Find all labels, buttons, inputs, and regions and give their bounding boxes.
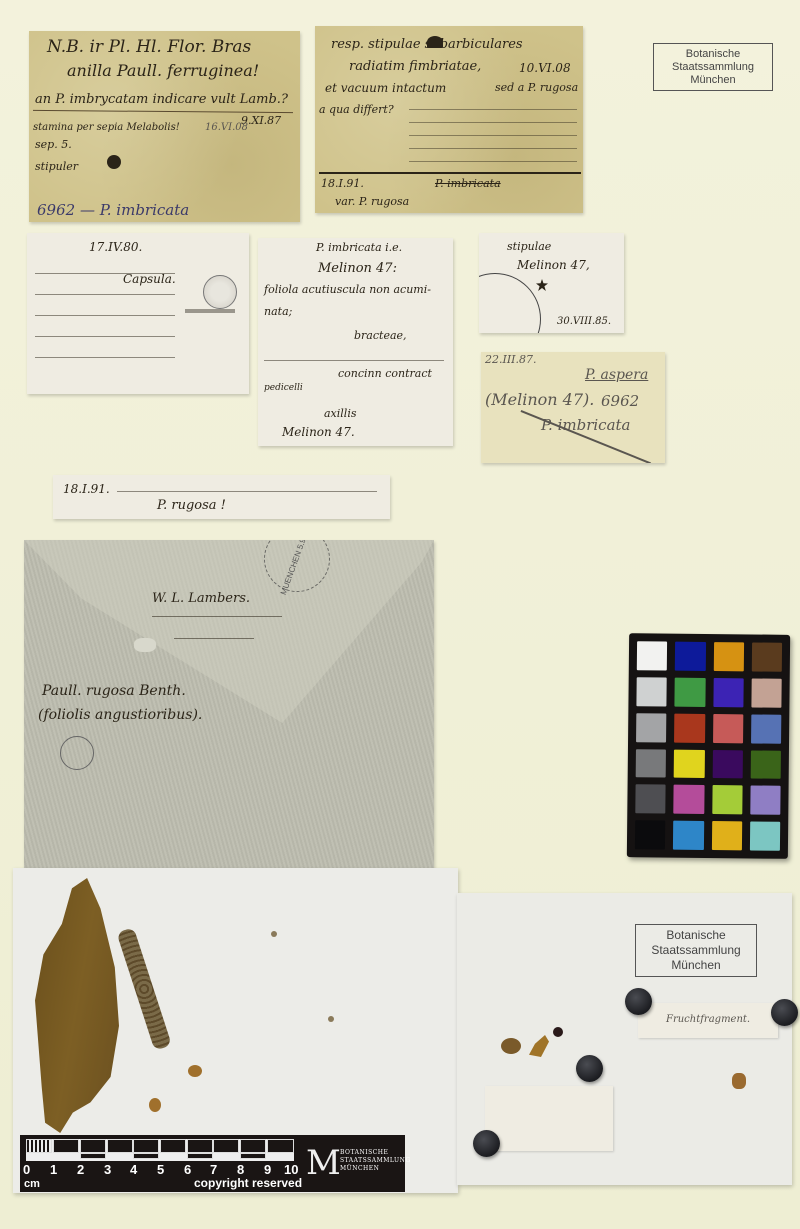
handwriting-line: P. imbricata <box>541 418 631 433</box>
color-swatch <box>637 641 668 670</box>
handwriting-line: stipulae <box>507 241 551 252</box>
envelope-annotation: Paull. rugosa Benth. <box>42 684 186 698</box>
slip-text: Fruchtfragment. <box>666 1015 750 1025</box>
color-swatch <box>751 678 782 707</box>
scale-bar: 0 1 2 3 4 5 6 7 8 9 10 cm copyright rese… <box>20 1135 405 1192</box>
scale-number: 9 <box>264 1162 271 1177</box>
handwriting-line: concinn contract <box>338 368 432 379</box>
scale-cell <box>213 1139 239 1153</box>
color-swatch <box>636 713 667 742</box>
color-swatch <box>675 642 706 671</box>
seed-fragment <box>732 1073 746 1089</box>
handwriting-block <box>152 616 282 617</box>
color-swatch <box>751 714 782 743</box>
envelope-address: W. L. Lambers. <box>152 592 250 605</box>
handwriting-line: P. imbricata i.e. <box>316 242 402 253</box>
fruit-fragment <box>188 1065 202 1077</box>
logo-text: BOTANISCHE <box>340 1149 388 1156</box>
handwriting-block <box>264 346 444 361</box>
scale-number: 5 <box>157 1162 164 1177</box>
stipule-sketch-icon <box>536 279 548 291</box>
label-kraft-1: N.B. ir Pl. Hl. Flor. Bras anilla Paull.… <box>29 31 300 222</box>
handwriting-line: Melinon 47, <box>517 259 590 271</box>
color-swatch <box>752 642 783 671</box>
color-swatch <box>713 642 744 671</box>
date-note: 30.VIII.85. <box>557 317 611 327</box>
color-swatch <box>750 786 781 815</box>
stipule-sketch-icon <box>107 155 121 169</box>
handwriting-line: anilla Paull. ferruginea! <box>67 63 259 79</box>
magnet <box>625 988 652 1015</box>
scale-cell <box>240 1139 266 1153</box>
envelope: W. L. Lambers. MUENCHEN 5.96 Paull. rugo… <box>24 540 434 870</box>
specimen-card-right: Botanische Staatssammlung München Frucht… <box>457 893 792 1185</box>
wax-seal-remnant <box>134 638 156 652</box>
color-swatch <box>635 785 666 814</box>
divider-stroke <box>319 172 581 174</box>
scale-cell <box>267 1139 294 1153</box>
label-aspera: 22.III.87. P. aspera (Melinon 47). 6962 … <box>481 352 665 463</box>
stamp-line: München <box>640 958 752 973</box>
handwriting-line: nata; <box>264 306 292 317</box>
scale-cell <box>133 1153 159 1159</box>
scale-cell <box>53 1139 79 1153</box>
scale-number: 6 <box>184 1162 191 1177</box>
date-note: 16.VI.08 <box>205 123 248 133</box>
logo-text: STAATSSAMMLUNG <box>340 1157 411 1164</box>
handwriting-line: sed a P. rugosa <box>495 82 578 93</box>
envelope-annotation: (foliolis angustioribus). <box>38 708 202 722</box>
handwriting-line: an P. imbrycatam indicare vult Lamb.? <box>35 93 288 106</box>
label-strip: 18.I.91. P. rugosa ! <box>53 475 390 519</box>
scale-cell <box>80 1139 106 1153</box>
handwriting-line: radiatim fimbriatae, <box>349 60 481 73</box>
sketch-shadow <box>185 309 235 313</box>
stamp-line: München <box>658 74 768 87</box>
magnet <box>473 1130 500 1157</box>
stamp-line: Staatssammlung <box>640 943 752 958</box>
handwriting-line: N.B. ir Pl. Hl. Flor. Bras <box>47 39 251 56</box>
handwriting-block <box>409 100 577 162</box>
handwriting-line: Capsula. <box>123 273 176 285</box>
date-note: 18.I.91. <box>321 178 364 189</box>
handwriting-line: bracteae, <box>354 330 407 341</box>
color-swatch <box>712 750 743 779</box>
scale-number: 0 <box>23 1162 30 1177</box>
copyright-text: copyright reserved <box>194 1176 302 1190</box>
institution-stamp: Botanische Staatssammlung München <box>635 924 757 977</box>
magnet <box>576 1055 603 1082</box>
label-kraft-2: resp. stipulae subarbiculares radiatim f… <box>315 26 583 213</box>
color-swatch <box>635 820 666 849</box>
curve-stroke <box>479 273 541 333</box>
label-slip: Fruchtfragment. <box>638 1003 778 1038</box>
envelope-packet <box>485 1086 613 1151</box>
label-melinon: P. imbricata i.e. Melinon 47: foliola ac… <box>258 238 453 446</box>
circle-mark <box>60 736 94 770</box>
color-swatch <box>713 678 744 707</box>
scale-cell <box>133 1139 159 1153</box>
handwriting-line: pedicelli <box>264 384 303 393</box>
scale-cell <box>160 1139 186 1153</box>
debris-fragment <box>328 1016 334 1022</box>
color-swatch <box>636 749 667 778</box>
date-note: 22.III.87. <box>485 354 537 365</box>
handwriting-line: 6962 <box>601 394 639 409</box>
scale-number: 1 <box>50 1162 57 1177</box>
scale-number: 3 <box>104 1162 111 1177</box>
scale-number: 8 <box>237 1162 244 1177</box>
scale-cell <box>80 1153 106 1159</box>
magnet <box>771 999 798 1026</box>
institution-stamp: Botanische Staatssammlung München <box>653 43 773 91</box>
color-swatch <box>674 713 705 742</box>
fruit-fragment <box>149 1098 161 1112</box>
color-swatch <box>713 714 744 743</box>
handwriting-line: stamina per sepia Melabolis! <box>33 123 180 133</box>
handwriting-line: a qua differt? <box>319 104 394 115</box>
color-calibration-chart <box>627 633 790 859</box>
handwriting-line: P. imbricata <box>435 178 501 189</box>
debris-fragment <box>271 931 277 937</box>
color-swatch <box>750 822 781 851</box>
label-sketch: 17.IV.80. Capsula. <box>27 233 249 394</box>
handwriting-line: P. rugosa ! <box>157 499 226 512</box>
handwriting-line: foliola acutiuscula non acumi- <box>264 284 431 295</box>
bsm-logo-icon: M <box>306 1141 336 1185</box>
seed-fragment <box>501 1038 521 1054</box>
color-swatch <box>636 677 667 706</box>
date-note: 18.I.91. <box>63 483 110 495</box>
capsule-sketch-icon <box>203 275 237 309</box>
scale-number: 4 <box>130 1162 137 1177</box>
color-swatch <box>674 749 705 778</box>
handwriting-block <box>117 491 377 492</box>
handwriting-line: (Melinon 47). <box>485 392 594 408</box>
handwriting-block <box>174 638 254 639</box>
handwriting-line: var. P. rugosa <box>335 196 409 207</box>
date-note: 17.IV.80. <box>89 241 142 253</box>
underline-stroke <box>33 110 293 113</box>
color-swatch <box>750 750 781 779</box>
handwriting-line: 6962 — P. imbricata <box>37 203 189 218</box>
scale-cell <box>187 1153 213 1159</box>
leaf-specimen <box>35 878 119 1133</box>
scale-unit: cm <box>24 1178 40 1190</box>
scale-number: 10 <box>284 1162 298 1177</box>
stamp-line: Botanische <box>640 928 752 943</box>
color-swatch <box>673 821 704 850</box>
color-swatch <box>674 785 705 814</box>
handwriting-line: P. aspera <box>585 368 648 382</box>
seed-fragment <box>553 1027 563 1037</box>
scale-cell <box>187 1139 213 1153</box>
color-swatch <box>712 785 743 814</box>
scale-mm-ticks <box>26 1139 52 1153</box>
label-stipulae: stipulae Melinon 47, 30.VIII.85. <box>479 233 624 333</box>
scale-number: 7 <box>210 1162 217 1177</box>
handwriting-line: Melinon 47: <box>318 262 397 275</box>
stipule-sketch-icon <box>427 36 443 48</box>
handwriting-line: Melinon 47. <box>282 426 355 438</box>
handwriting-line: stipuler <box>35 161 78 172</box>
color-swatch <box>711 821 742 850</box>
date-note: 10.VI.08 <box>519 62 571 74</box>
seed-fragment <box>529 1035 549 1057</box>
color-swatch <box>675 677 706 706</box>
stamp-line: Botanische <box>658 48 768 61</box>
handwriting-line: et vacuum intactum <box>325 82 446 94</box>
handwriting-line: axillis <box>324 408 356 419</box>
scale-cell <box>240 1153 266 1159</box>
stamp-line: Staatssammlung <box>658 61 768 74</box>
inflorescence-specimen <box>116 927 171 1050</box>
scale-number: 2 <box>77 1162 84 1177</box>
scale-cell <box>107 1139 133 1153</box>
logo-text: MÜNCHEN <box>340 1165 379 1172</box>
handwriting-line: sep. 5. <box>35 139 72 150</box>
